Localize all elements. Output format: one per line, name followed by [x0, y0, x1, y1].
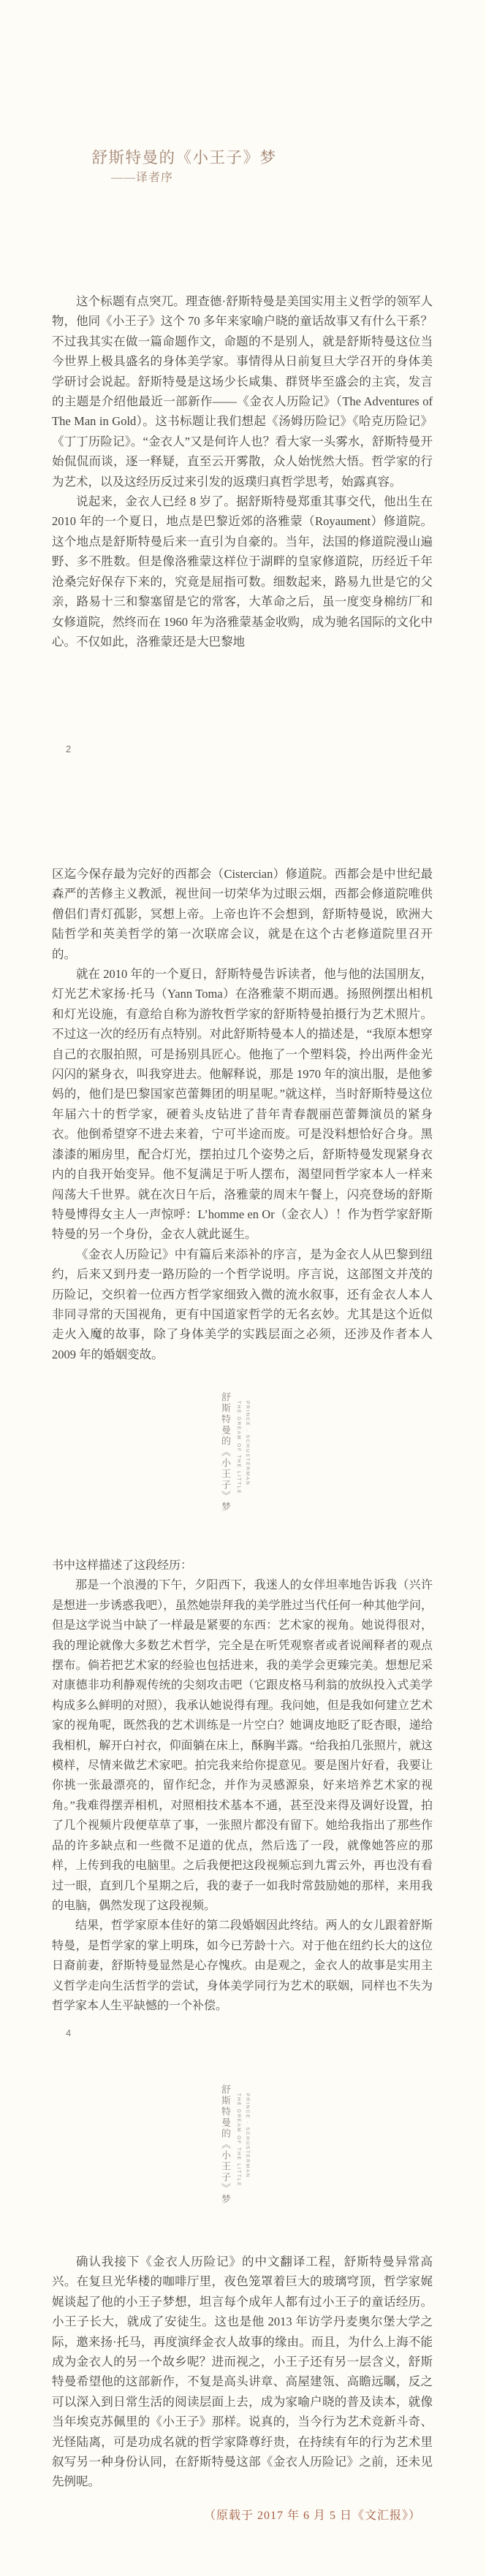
running-margin-header: 舒斯特曼的《小王子》梦 THE DREAM OF THE LITTLE PRIN… — [219, 1392, 250, 1536]
margin-header-english-line1: THE DREAM OF THE LITTLE — [236, 2093, 241, 2228]
paragraph: 《金衣人历险记》中有篇后来添补的序言，是为金衣人从巴黎到纽约，后来又到丹麦一路历… — [52, 1245, 433, 1364]
margin-header-english-line2: PRINCE · SCHUSTERMAN — [245, 1401, 250, 1536]
document-page: 舒斯特曼的《小王子》梦 ——译者序 这个标题有点突兀。理查德·舒斯特曼是美国实用… — [0, 0, 486, 2576]
paragraph: 那是一个浪漫的下午，夕阳西下，我迷人的女伴坦率地告诉我（兴许是想进一步诱惑我吧）… — [52, 1575, 433, 1916]
body-text-block-1: 这个标题有点突兀。理查德·舒斯特曼是美国实用主义哲学的领军人物，他同《小王子》这… — [52, 291, 433, 651]
paragraph: 这个标题有点突兀。理查德·舒斯特曼是美国实用主义哲学的领军人物，他同《小王子》这… — [52, 291, 433, 492]
source-credit: （原载于 2017 年 6 月 5 日《文汇报》） — [52, 2506, 421, 2523]
page-title: 舒斯特曼的《小王子》梦 — [53, 145, 316, 168]
paragraph: 书中这样描述了这段经历： — [52, 1556, 433, 1575]
body-text-block-3-quote: 书中这样描述了这段经历：那是一个浪漫的下午，夕阳西下，我迷人的女伴坦率地告诉我（… — [52, 1556, 433, 2016]
running-margin-header: 舒斯特曼的《小王子》梦 THE DREAM OF THE LITTLE PRIN… — [219, 2084, 250, 2228]
body-text-block-2: 区迄今保存最为完好的西都会（Cistercian）修道院。西都会是中世纪最森严的… — [52, 864, 433, 1364]
paragraph: 就在 2010 年的一个夏日，舒斯特曼告诉读者，他与他的法国朋友，灯光艺术家扬·… — [52, 964, 433, 1245]
page-subtitle: ——译者序 — [111, 168, 173, 185]
margin-header-english-line2: PRINCE · SCHUSTERMAN — [245, 2093, 250, 2228]
paragraph: 说起来，金衣人已经 8 岁了。据舒斯特曼郑重其事交代，他出生在 2010 年的一… — [52, 492, 433, 651]
page-number: 2 — [66, 744, 71, 754]
paragraph: 结果，哲学家原本佳好的第二段婚姻因此终结。两人的女儿跟着舒斯特曼，是哲学家的掌上… — [52, 1916, 433, 2016]
margin-header-chinese: 舒斯特曼的《小王子》梦 — [219, 2084, 232, 2212]
margin-header-chinese: 舒斯特曼的《小王子》梦 — [219, 1392, 232, 1520]
margin-header-english-line1: THE DREAM OF THE LITTLE — [236, 1401, 241, 1536]
paragraph: 确认我接下《金衣人历险记》的中文翻译工程，舒斯特曼异常高兴。在复旦光华楼的咖啡厅… — [52, 2252, 433, 2492]
page-number: 4 — [66, 2027, 71, 2038]
body-text-block-4: 确认我接下《金衣人历险记》的中文翻译工程，舒斯特曼异常高兴。在复旦光华楼的咖啡厅… — [52, 2252, 433, 2492]
paragraph: 区迄今保存最为完好的西都会（Cistercian）修道院。西都会是中世纪最森严的… — [52, 864, 433, 964]
